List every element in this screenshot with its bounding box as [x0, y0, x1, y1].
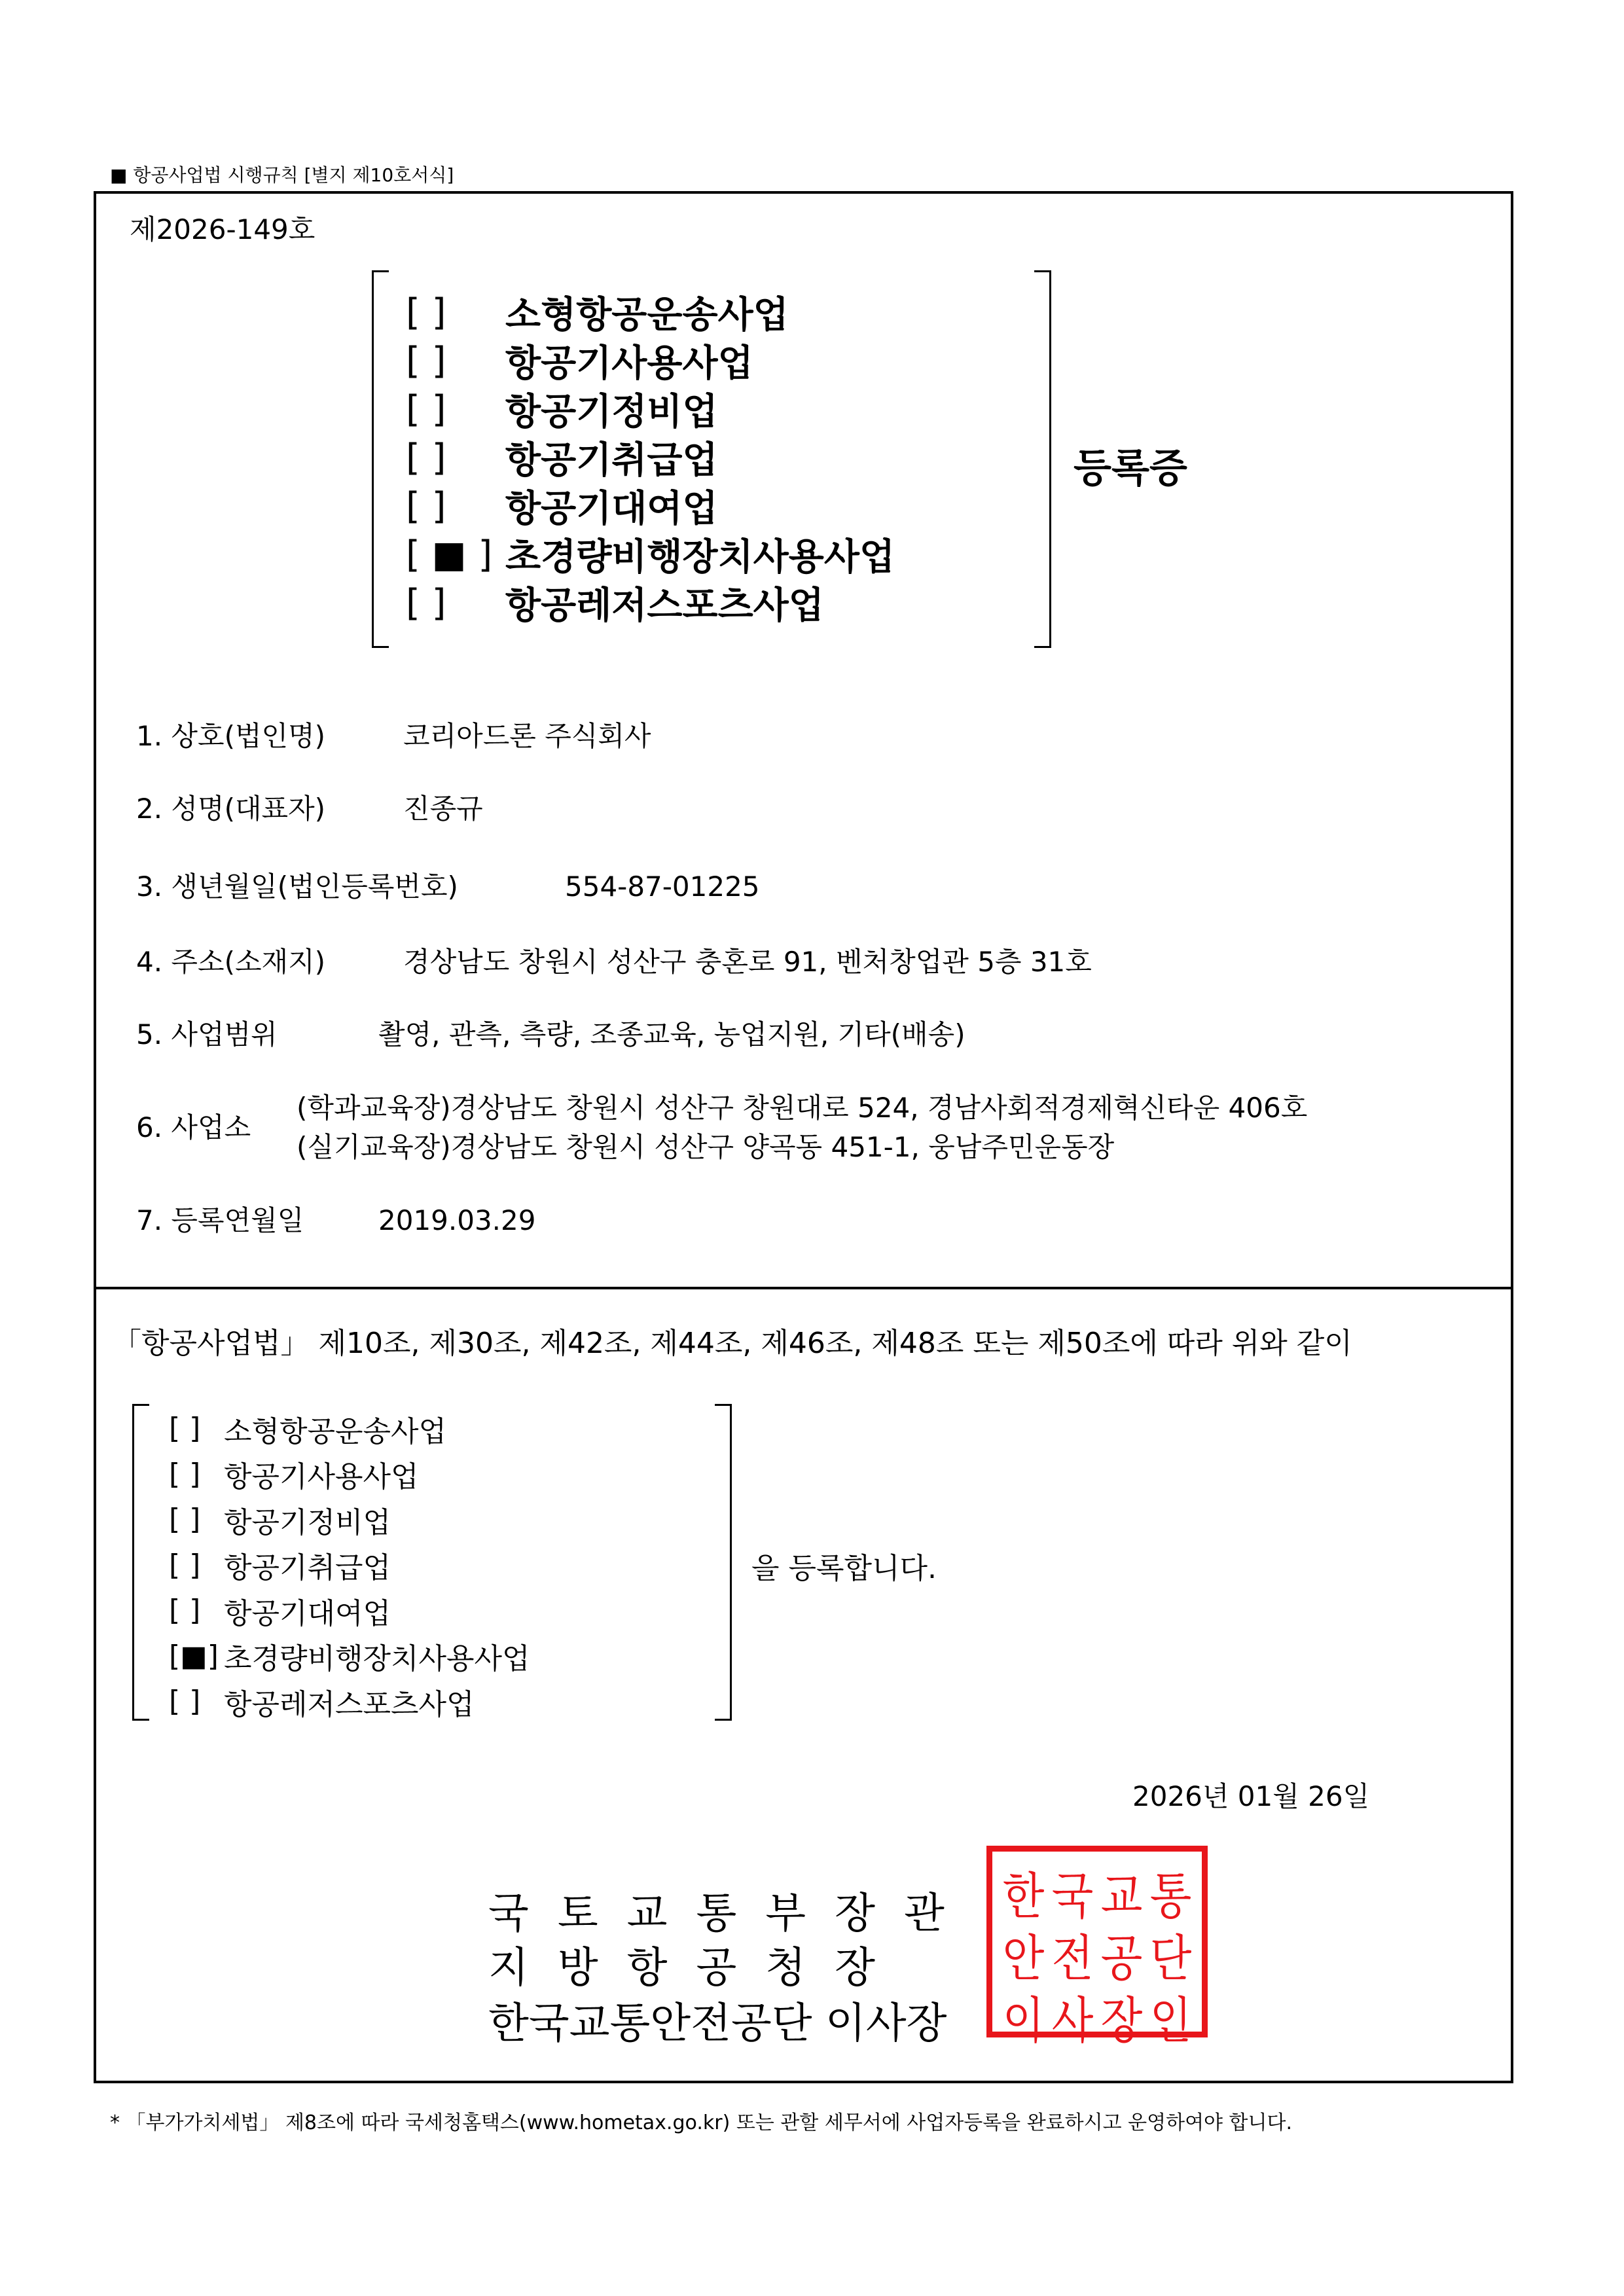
- checkbox: [ ]: [406, 437, 505, 479]
- field-label: 5. 사업범위: [136, 1013, 378, 1052]
- issuer-minister: 국토교통부장관: [488, 1880, 973, 1940]
- registration-item: [ ]항공기취급업: [169, 1543, 530, 1588]
- checkbox: [ ]: [169, 1594, 224, 1627]
- checkbox: [ ]: [406, 291, 505, 334]
- business-type-label: 소형항공운송사업: [505, 286, 789, 338]
- business-type-label: 항공기대여업: [505, 480, 718, 532]
- seal-glyph: 단: [1146, 1918, 1195, 1990]
- document-title: 등록증: [1074, 437, 1187, 493]
- field-representative: 2. 성명(대표자)진종규: [136, 787, 483, 827]
- registration-label: 소형항공운송사업: [224, 1408, 446, 1450]
- seal-glyph: 인: [1146, 1981, 1195, 2052]
- checkbox: [ ]: [406, 485, 505, 528]
- legal-basis-text: 「항공사업법」 제10조, 제30조, 제42조, 제44조, 제46조, 제4…: [113, 1319, 1352, 1361]
- field-value: 촬영, 관측, 측량, 조종교육, 농업지원, 기타(배송): [378, 1013, 965, 1052]
- field-business-scope: 5. 사업범위촬영, 관측, 측량, 조종교육, 농업지원, 기타(배송): [136, 1013, 965, 1052]
- seal-glyph: 국: [1048, 1856, 1097, 1928]
- business-type-item: [ ]항공기정비업: [406, 385, 895, 433]
- seal-glyph: 한: [999, 1856, 1048, 1928]
- field-label: 2. 성명(대표자): [136, 787, 403, 827]
- certificate-number: 제2026-149호: [130, 208, 315, 247]
- registration-label: 항공레저스포츠사업: [224, 1681, 475, 1723]
- business-type-label: 항공기사용사업: [505, 334, 753, 387]
- field-value: (학과교육장)경상남도 창원시 성산구 창원대로 524, 경남사회적경제혁신타…: [297, 1086, 1307, 1126]
- field-label: 1. 상호(법인명): [136, 715, 403, 754]
- field-label: 7. 등록연월일: [136, 1199, 378, 1238]
- field-label: 6. 사업소: [136, 1106, 251, 1145]
- field-value: 554-87-01225: [565, 870, 760, 903]
- business-type-item-checked: [ ■ ]초경량비행장치사용사업: [406, 530, 895, 579]
- checkbox: [ ]: [169, 1503, 224, 1536]
- footnote: * 「부가가치세법」 제8조에 따라 국세청홈택스(www.hometax.go…: [110, 2106, 1292, 2135]
- issuer-regional-office: 지방항공청장: [488, 1934, 904, 1994]
- left-bracket: [132, 1404, 149, 1721]
- registration-item: [ ]항공기정비업: [169, 1497, 530, 1543]
- right-bracket: [715, 1404, 732, 1721]
- checkbox: [ ]: [406, 388, 505, 431]
- registers-text: 을 등록합니다.: [751, 1545, 937, 1587]
- checkbox-checked: [■]: [169, 1640, 224, 1673]
- business-type-item: [ ]항공레저스포츠사업: [406, 579, 895, 627]
- checkbox: [ ]: [406, 340, 505, 382]
- registration-item: [ ]소형항공운송사업: [169, 1406, 530, 1452]
- checkbox: [ ]: [169, 1549, 224, 1582]
- field-value: 경상남도 창원시 성산구 충혼로 91, 벤처창업관 5층 31호: [403, 941, 1092, 980]
- right-bracket: [1034, 270, 1051, 648]
- checkbox-checked: [ ■ ]: [406, 533, 505, 576]
- checkbox: [ ]: [406, 582, 505, 624]
- business-type-label: 항공기취급업: [505, 431, 718, 484]
- seal-glyph: 안: [999, 1918, 1048, 1990]
- field-label: 3. 생년월일(법인등록번호): [136, 865, 565, 905]
- business-type-label: 초경량비행장치사용사업: [505, 528, 895, 581]
- registration-item-list: [ ]소형항공운송사업 [ ]항공기사용사업 [ ]항공기정비업 [ ]항공기취…: [169, 1406, 530, 1725]
- registration-item: [ ]항공기사용사업: [169, 1452, 530, 1498]
- registration-item: [ ]항공레저스포츠사업: [169, 1679, 530, 1725]
- official-seal: 한 국 교 통 안 전 공 단 이 사 장 인: [986, 1846, 1208, 2037]
- business-type-item: [ ]항공기대여업: [406, 482, 895, 530]
- field-registration-date: 7. 등록연월일2019.03.29: [136, 1199, 535, 1238]
- left-bracket: [372, 270, 389, 648]
- issue-date: 2026년 01월 26일: [1132, 1775, 1369, 1814]
- field-business-site: 6. 사업소: [136, 1106, 251, 1145]
- business-type-label: 항공레저스포츠사업: [505, 577, 824, 629]
- field-value: 코리아드론 주식회사: [403, 715, 651, 754]
- business-type-item: [ ]소형항공운송사업: [406, 288, 895, 336]
- seal-glyph: 공: [1097, 1918, 1146, 1990]
- business-type-item: [ ]항공기취급업: [406, 433, 895, 482]
- registration-label: 항공기사용사업: [224, 1453, 419, 1495]
- field-label: 4. 주소(소재지): [136, 941, 403, 980]
- registration-label: 초경량비행장치사용사업: [224, 1635, 530, 1677]
- seal-glyph: 사: [1048, 1981, 1097, 2052]
- seal-glyph: 전: [1048, 1918, 1097, 1990]
- seal-glyph: 교: [1097, 1856, 1146, 1928]
- field-value-secondary: (실기교육장)경상남도 창원시 성산구 양곡동 451-1, 웅남주민운동장: [297, 1126, 1114, 1165]
- field-registration-number: 3. 생년월일(법인등록번호)554-87-01225: [136, 865, 760, 905]
- registration-item: [ ]항공기대여업: [169, 1588, 530, 1634]
- seal-glyph: 이: [999, 1981, 1048, 2052]
- checkbox: [ ]: [169, 1458, 224, 1491]
- business-type-label: 항공기정비업: [505, 383, 718, 435]
- field-address: 4. 주소(소재지)경상남도 창원시 성산구 충혼로 91, 벤처창업관 5층 …: [136, 941, 1092, 980]
- field-company-name: 1. 상호(법인명)코리아드론 주식회사: [136, 715, 651, 754]
- issuer-kotsa-chairman: 한국교통안전공단 이사장: [488, 1990, 947, 2050]
- field-value: 진종규: [403, 787, 483, 827]
- registration-label: 항공기정비업: [224, 1499, 391, 1541]
- seal-glyph: 통: [1146, 1856, 1195, 1928]
- business-type-item: [ ]항공기사용사업: [406, 336, 895, 385]
- section-divider: [94, 1287, 1513, 1289]
- form-reference: ■ 항공사업법 시행규칙 [별지 제10호서식]: [110, 161, 454, 187]
- business-type-list: [ ]소형항공운송사업 [ ]항공기사용사업 [ ]항공기정비업 [ ]항공기취…: [406, 288, 895, 627]
- seal-glyph: 장: [1097, 1981, 1146, 2052]
- registration-label: 항공기대여업: [224, 1590, 391, 1632]
- field-value: 2019.03.29: [378, 1204, 535, 1236]
- checkbox: [ ]: [169, 1412, 224, 1445]
- registration-item-checked: [■]초경량비행장치사용사업: [169, 1634, 530, 1679]
- checkbox: [ ]: [169, 1685, 224, 1718]
- registration-label: 항공기취급업: [224, 1544, 391, 1586]
